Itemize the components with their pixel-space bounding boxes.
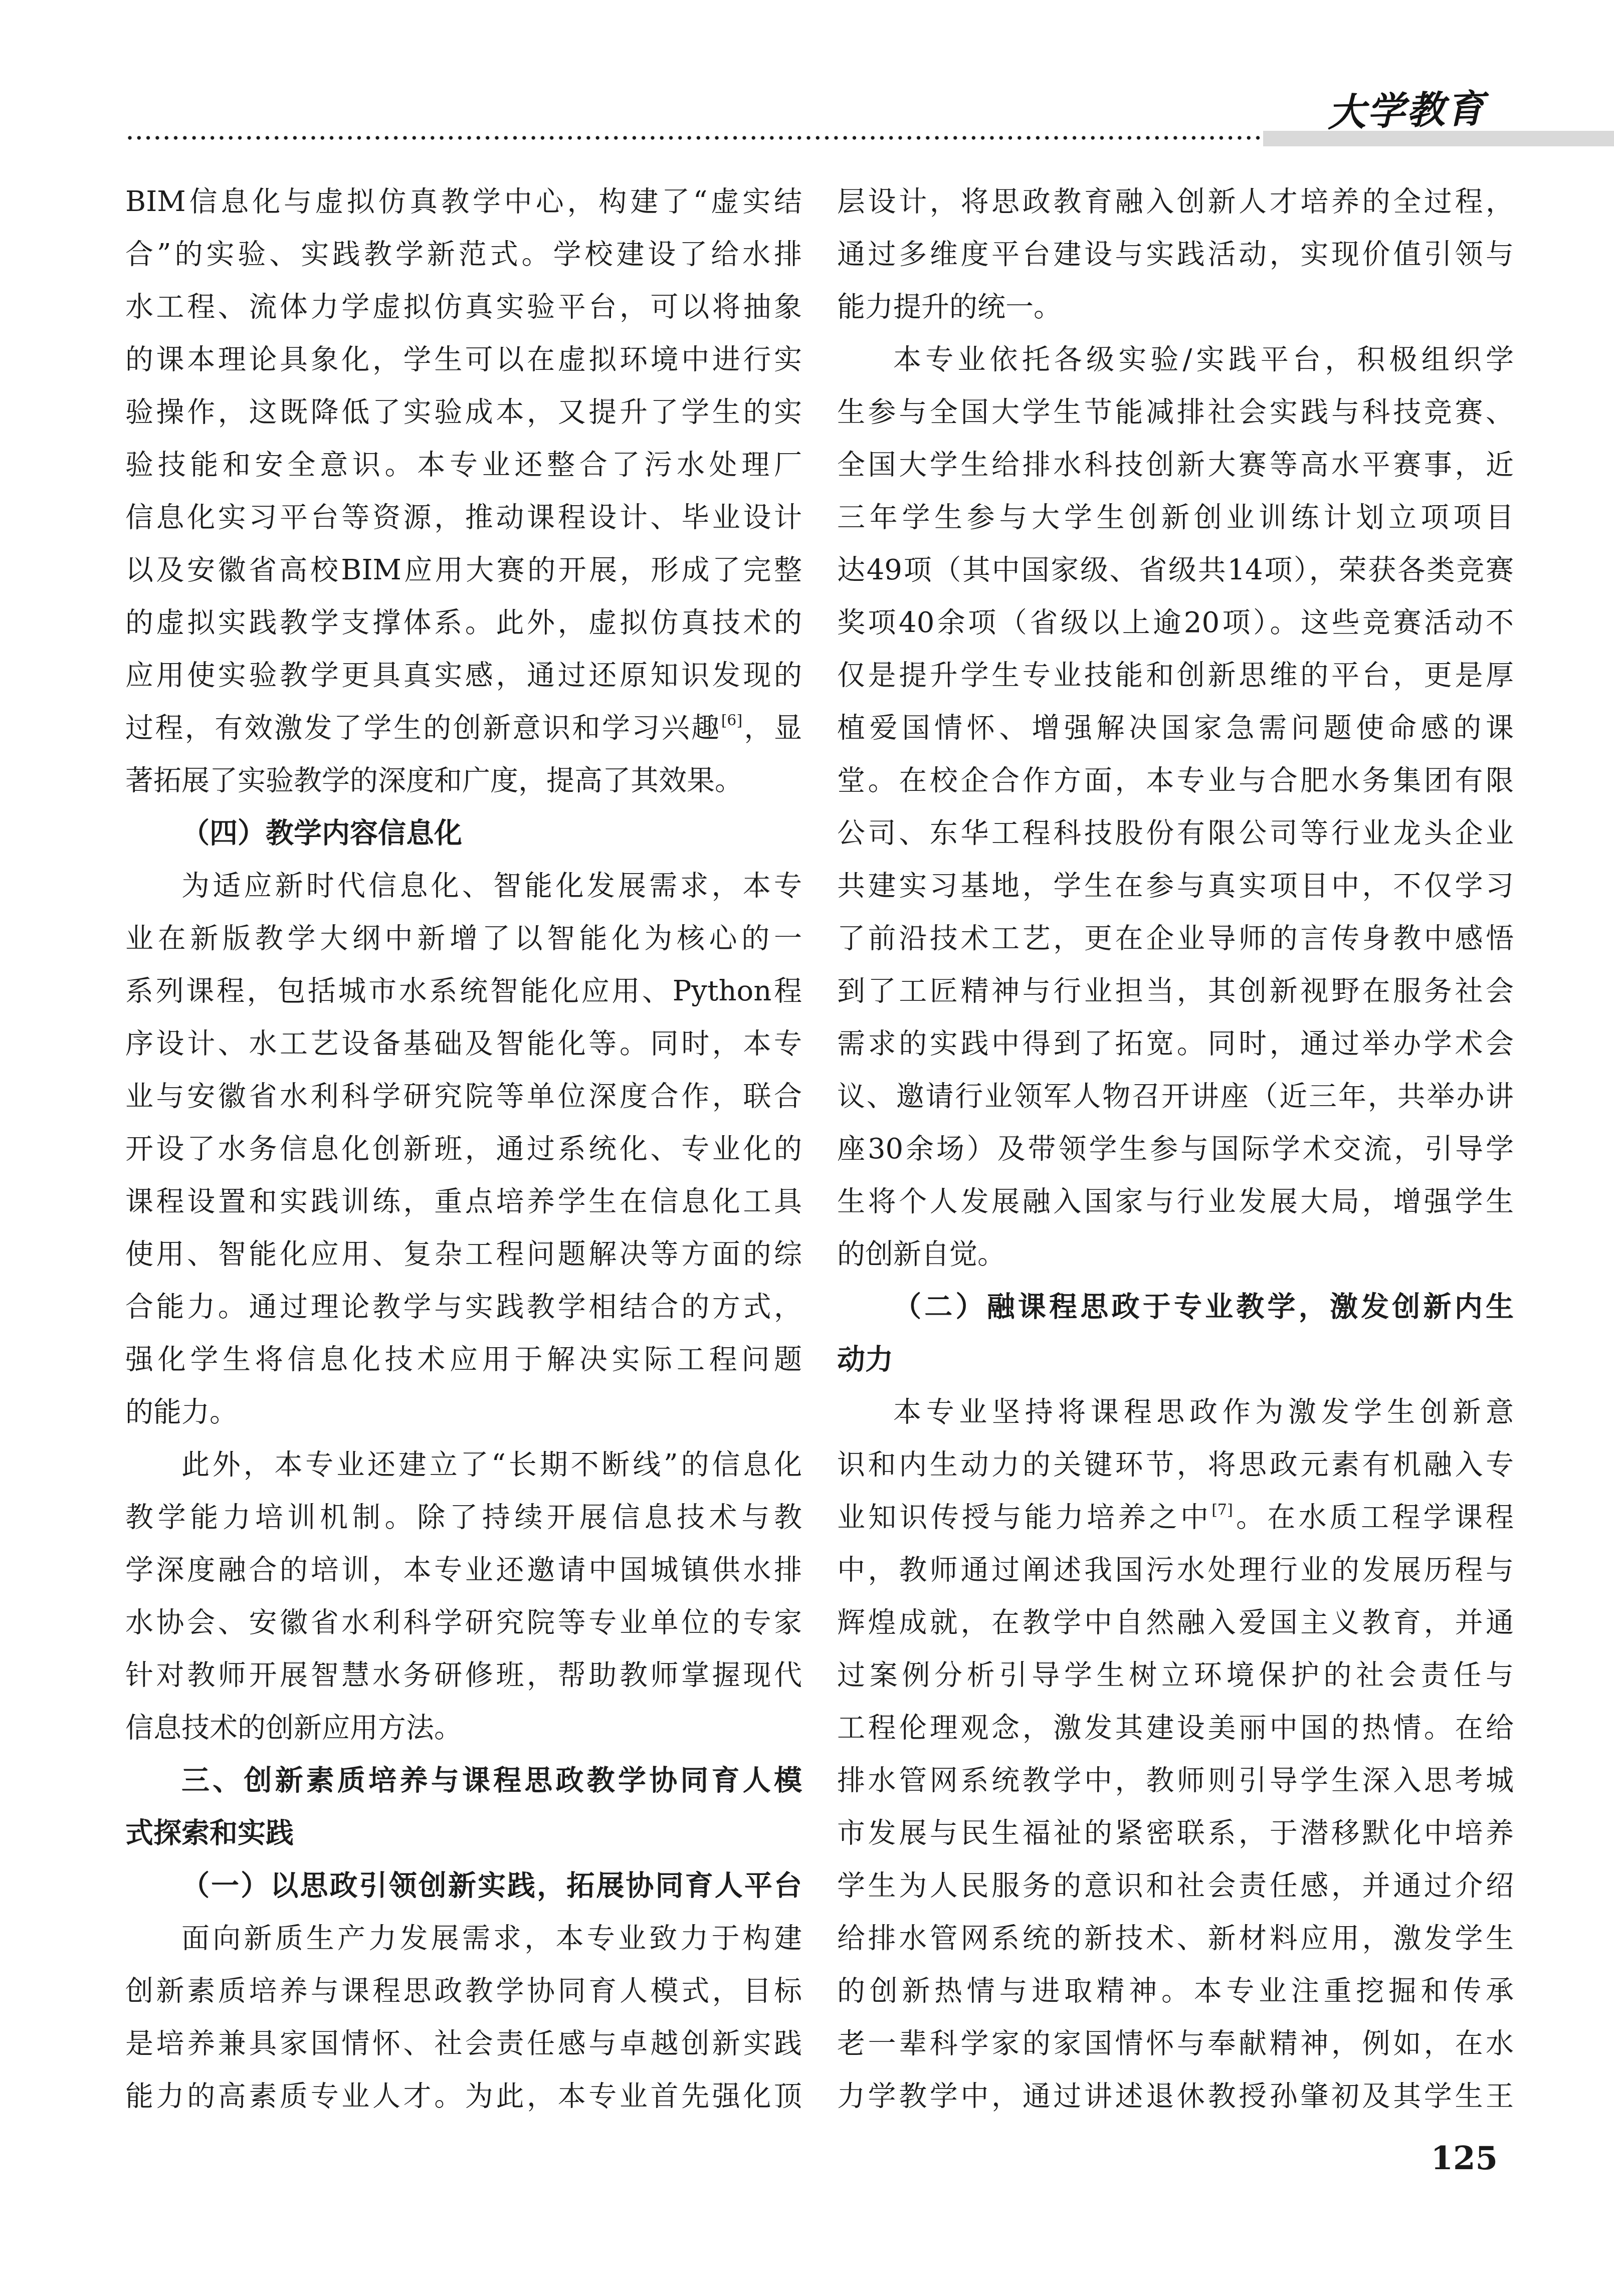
text-line: 奖项40余项（省级以上逾20项）。这些竞赛活动不 <box>837 596 1514 649</box>
text-line: 应用使实验教学更具真实感，通过还原知识发现的 <box>125 649 802 702</box>
text-line: 业知识传授与能力培养之中[7]。在水质工程学课程 <box>837 1491 1514 1544</box>
text-line: 的能力。 <box>125 1386 802 1438</box>
text-line: 本专业坚持将课程思政作为激发学生创新意 <box>837 1386 1514 1438</box>
text-line: 业在新版教学大纲中新增了以智能化为核心的一 <box>125 912 802 965</box>
text-line: 市发展与民生福祉的紧密联系，于潜移默化中培养 <box>837 1807 1514 1859</box>
text-line: BIM信息化与虚拟仿真教学中心，构建了“虚实结 <box>125 175 802 228</box>
text-line: 能力提升的统一。 <box>837 281 1514 333</box>
text-line: 三年学生参与大学生创新创业训练计划立项项目 <box>837 491 1514 544</box>
text-line: （四）教学内容信息化 <box>125 807 802 860</box>
text-line: 序设计、水工艺设备基础及智能化等。同时，本专 <box>125 1017 802 1070</box>
header-dotted-rule <box>125 134 1264 142</box>
text-line: 动力 <box>837 1333 1514 1386</box>
text-line: 需求的实践中得到了拓宽。同时，通过举办学术会 <box>837 1017 1514 1070</box>
text-line: 针对教师开展智慧水务研修班，帮助教师掌握现代 <box>125 1649 802 1702</box>
text-line: （一）以思政引领创新实践，拓展协同育人平台 <box>125 1859 802 1912</box>
journal-logo: 大学教育 <box>1327 78 1489 137</box>
text-line: 的课本理论具象化，学生可以在虚拟环境中进行实 <box>125 333 802 386</box>
text-line: 过程，有效激发了学生的创新意识和学习兴趣[6]，显 <box>125 702 802 754</box>
text-line: 验技能和安全意识。本专业还整合了污水处理厂 <box>125 439 802 491</box>
text-line: 开设了水务信息化创新班，通过系统化、专业化的 <box>125 1123 802 1175</box>
text-line: 的创新自觉。 <box>837 1228 1514 1281</box>
text-line: 学生为人民服务的意识和社会责任感，并通过介绍 <box>837 1859 1514 1912</box>
text-line: 公司、东华工程科技股份有限公司等行业龙头企业 <box>837 807 1514 860</box>
text-line: 生参与全国大学生节能减排社会实践与科技竞赛、 <box>837 386 1514 439</box>
text-line: 为适应新时代信息化、智能化发展需求，本专 <box>125 860 802 912</box>
text-line: 使用、智能化应用、复杂工程问题解决等方面的综 <box>125 1228 802 1281</box>
text-line: 能力的高素质专业人才。为此，本专业首先强化顶 <box>125 2070 802 2123</box>
text-line: 老一辈科学家的家国情怀与奉献精神，例如，在水 <box>837 2017 1514 2070</box>
text-line: 课程设置和实践训练，重点培养学生在信息化工具 <box>125 1175 802 1228</box>
text-line: 本专业依托各级实验/实践平台，积极组织学 <box>837 333 1514 386</box>
text-line: 了前沿技术工艺，更在企业导师的言传身教中感悟 <box>837 912 1514 965</box>
text-line: 议、邀请行业领军人物召开讲座（近三年，共举办讲 <box>837 1070 1514 1123</box>
text-line: 识和内生动力的关键环节，将思政元素有机融入专 <box>837 1438 1514 1491</box>
text-line: 仅是提升学生专业技能和创新思维的平台，更是厚 <box>837 649 1514 702</box>
text-line: 通过多维度平台建设与实践活动，实现价值引领与 <box>837 228 1514 281</box>
text-line: 植爱国情怀、增强解决国家急需问题使命感的课 <box>837 702 1514 754</box>
text-line: 信息化实习平台等资源，推动课程设计、毕业设计 <box>125 491 802 544</box>
text-line: （二）融课程思政于专业教学，激发创新内生 <box>837 1281 1514 1333</box>
text-line: 业与安徽省水利科学研究院等单位深度合作，联合 <box>125 1070 802 1123</box>
text-line: 座30余场）及带领学生参与国际学术交流，引导学 <box>837 1123 1514 1175</box>
right-column: 层设计，将思政教育融入创新人才培养的全过程，通过多维度平台建设与实践活动，实现价… <box>837 175 1514 2123</box>
text-line: 著拓展了实验教学的深度和广度，提高了其效果。 <box>125 754 802 807</box>
text-line: 全国大学生给排水科技创新大赛等高水平赛事，近 <box>837 439 1514 491</box>
text-line: 堂。在校企合作方面，本专业与合肥水务集团有限 <box>837 754 1514 807</box>
text-line: 以及安徽省高校BIM应用大赛的开展，形成了完整 <box>125 544 802 596</box>
text-line: 排水管网系统教学中，教师则引导学生深入思考城 <box>837 1754 1514 1807</box>
text-line: 力学教学中，通过讲述退休教授孙肇初及其学生王 <box>837 2070 1514 2123</box>
text-line: 水工程、流体力学虚拟仿真实验平台，可以将抽象 <box>125 281 802 333</box>
text-line: 中，教师通过阐述我国污水处理行业的发展历程与 <box>837 1544 1514 1596</box>
page-number: 125 <box>1363 2136 1498 2181</box>
text-line: 的创新热情与进取精神。本专业注重挖掘和传承 <box>837 1965 1514 2017</box>
text-line: 创新素质培养与课程思政教学协同育人模式，目标 <box>125 1965 802 2017</box>
text-line: 水协会、安徽省水利科学研究院等专业单位的专家 <box>125 1596 802 1649</box>
text-line: 工程伦理观念，激发其建设美丽中国的热情。在给 <box>837 1702 1514 1754</box>
text-line: 共建实习基地，学生在参与真实项目中，不仅学习 <box>837 860 1514 912</box>
text-line: 合”的实验、实践教学新范式。学校建设了给水排 <box>125 228 802 281</box>
text-line: 三、创新素质培养与课程思政教学协同育人模 <box>125 1754 802 1807</box>
journal-page: { "journal": { "logo": "大学教育" }, "page":… <box>0 0 1614 2296</box>
text-line: 给排水管网系统的新技术、新材料应用，激发学生 <box>837 1912 1514 1965</box>
text-line: 式探索和实践 <box>125 1807 802 1859</box>
text-line: 生将个人发展融入国家与行业发展大局，增强学生 <box>837 1175 1514 1228</box>
text-line: 教学能力培训机制。除了持续开展信息技术与教 <box>125 1491 802 1544</box>
text-line: 达49项（其中国家级、省级共14项），荣获各类竞赛 <box>837 544 1514 596</box>
left-column: BIM信息化与虚拟仿真教学中心，构建了“虚实结合”的实验、实践教学新范式。学校建… <box>125 175 802 2123</box>
text-line: 过案例分析引导学生树立环境保护的社会责任与 <box>837 1649 1514 1702</box>
text-line: 的虚拟实践教学支撑体系。此外，虚拟仿真技术的 <box>125 596 802 649</box>
text-line: 到了工匠精神与行业担当，其创新视野在服务社会 <box>837 965 1514 1017</box>
text-line: 验操作，这既降低了实验成本，又提升了学生的实 <box>125 386 802 439</box>
text-line: 强化学生将信息化技术应用于解决实际工程问题 <box>125 1333 802 1386</box>
text-line: 层设计，将思政教育融入创新人才培养的全过程， <box>837 175 1514 228</box>
text-line: 信息技术的创新应用方法。 <box>125 1702 802 1754</box>
text-line: 系列课程，包括城市水系统智能化应用、Python程 <box>125 965 802 1017</box>
text-line: 合能力。通过理论教学与实践教学相结合的方式， <box>125 1281 802 1333</box>
text-line: 此外，本专业还建立了“长期不断线”的信息化 <box>125 1438 802 1491</box>
text-line: 辉煌成就，在教学中自然融入爱国主义教育，并通 <box>837 1596 1514 1649</box>
text-line: 学深度融合的培训，本专业还邀请中国城镇供水排 <box>125 1544 802 1596</box>
text-line: 面向新质生产力发展需求，本专业致力于构建 <box>125 1912 802 1965</box>
text-line: 是培养兼具家国情怀、社会责任感与卓越创新实践 <box>125 2017 802 2070</box>
